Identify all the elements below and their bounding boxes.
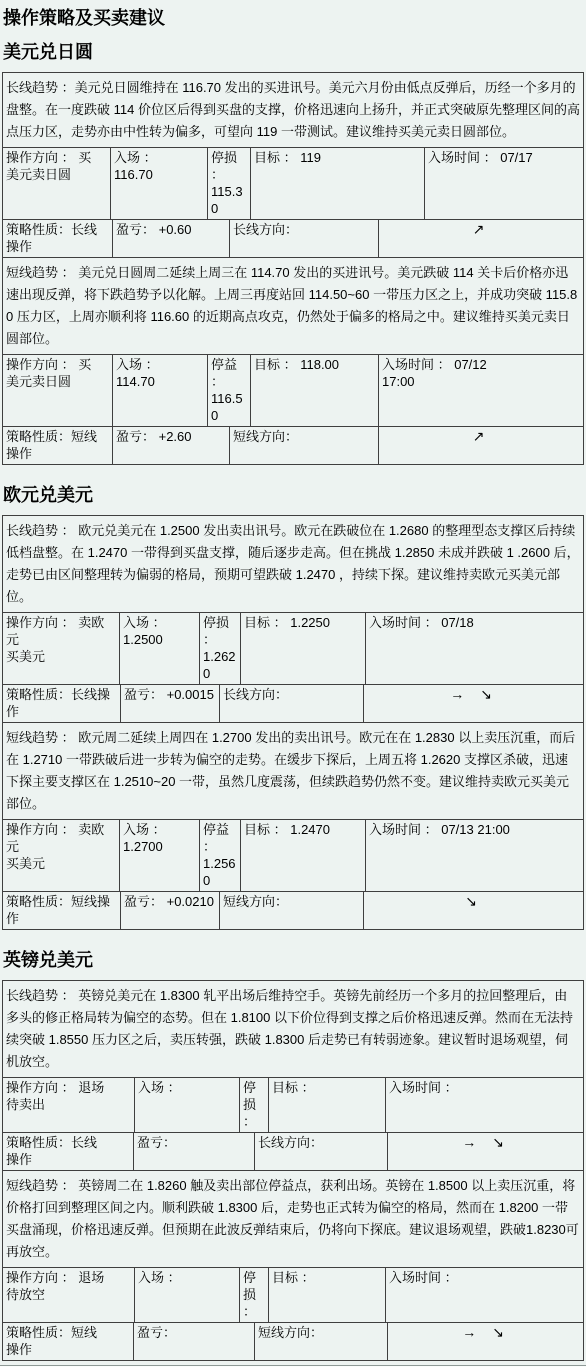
right-down-arrow-icon: → ↘ xyxy=(364,685,584,723)
pnl-cell: 盈亏： +2.60 xyxy=(113,427,230,465)
short-strategy-row: 策略性质：短线操 作 盈亏： +0.0210 短线方向： ↘ xyxy=(2,891,584,930)
entry-cell: 入场 ： xyxy=(135,1268,240,1323)
long-trade-row: 操作方向 ： 卖欧元 买美元 入场 ： 1.2500 停损 ： 1.2620 目… xyxy=(2,612,584,685)
entry-cell: 入场 ： xyxy=(135,1078,240,1133)
entry-time-cell: 入场时间 ： 07/18 xyxy=(366,613,584,685)
pnl-cell: 盈亏： +0.0210 xyxy=(121,892,220,930)
strategy-nature-cell: 策略性质：长线 操作 xyxy=(3,220,113,258)
short-strategy-row: 策略性质：短线 操作 盈亏： +2.60 短线方向： ↗ xyxy=(2,426,584,465)
target-cell: 目标 ： xyxy=(269,1078,386,1133)
page-title: 操作策略及买卖建议 xyxy=(3,8,584,29)
short-strategy-row: 策略性质：短线 操作 盈亏： 短线方向： → ↘ xyxy=(2,1322,584,1361)
direction-cell: 操作方向 ： 退场 待卖出 xyxy=(3,1078,135,1133)
short-trend-paragraph: 短线趋势 ： 英镑周二在 1.8260 触及卖出部位停益点，获利出场。英镑在 1… xyxy=(2,1170,584,1268)
direction-cell: 操作方向 ： 买 美元卖日圆 xyxy=(3,148,111,220)
target-cell: 目标 ： 1.2250 xyxy=(241,613,366,685)
entry-cell: 入场 ： 116.70 xyxy=(111,148,208,220)
long-trade-row: 操作方向 ： 退场 待卖出 入场 ： 停 损 ： 目标 ： 入场时间 ： xyxy=(2,1077,584,1133)
short-trade-row: 操作方向 ： 退场 待放空 入场 ： 停 损 ： 目标 ： 入场时间 ： xyxy=(2,1267,584,1323)
stop-cell: 停损 ： 115.30 xyxy=(208,148,251,220)
entry-cell: 入场 ： 114.70 xyxy=(113,355,208,427)
long-strategy-row: 策略性质：长线 操作 盈亏： 长线方向： → ↘ xyxy=(2,1132,584,1171)
right-down-arrow-icon: → ↘ xyxy=(388,1133,584,1171)
long-trend-paragraph: 长线趋势 ： 欧元兑美元在 1.2500 发出卖出讯号。欧元在跌破位在 1.26… xyxy=(2,515,584,613)
long-trend-paragraph: 长线趋势 ： 英镑兑美元在 1.8300 轧平出场后维持空手。英镑先前经历一个多… xyxy=(2,980,584,1078)
direction-label-cell: 长线方向： xyxy=(255,1133,388,1171)
target-cell: 目标 ： 118.00 xyxy=(251,355,379,427)
short-trend-paragraph: 短线趋势 ： 美元兑日圆周二延续上周三在 114.70 发出的买进讯号。美元跌破… xyxy=(2,257,584,355)
strategy-nature-cell: 策略性质：短线 操作 xyxy=(3,427,113,465)
entry-cell: 入场 ： 1.2700 xyxy=(120,820,200,892)
entry-time-cell: 入场时间 ： 07/12 17:00 xyxy=(379,355,584,427)
long-trade-row: 操作方向 ： 买 美元卖日圆 入场 ： 116.70 停损 ： 115.30 目… xyxy=(2,147,584,220)
entry-time-cell: 入场时间 ： xyxy=(386,1268,584,1323)
pnl-cell: 盈亏： xyxy=(134,1323,255,1361)
entry-cell: 入场 ： 1.2500 xyxy=(120,613,200,685)
entry-time-cell: 入场时间 ： 07/13 21:00 xyxy=(366,820,584,892)
up-right-arrow-icon: ↗ xyxy=(379,427,584,465)
short-trade-row: 操作方向 ： 买 美元卖日圆 入场 ： 114.70 停益 ： 116.50 目… xyxy=(2,354,584,427)
direction-cell: 操作方向 ： 退场 待放空 xyxy=(3,1268,135,1323)
strategy-nature-cell: 策略性质：短线 操作 xyxy=(3,1323,134,1361)
stop-cell: 停 损 ： xyxy=(240,1268,269,1323)
short-trend-paragraph: 短线趋势 ： 欧元周二延续上周四在 1.2700 发出的卖出讯号。欧元在在 1.… xyxy=(2,722,584,820)
entry-time-cell: 入场时间 ： xyxy=(386,1078,584,1133)
pnl-cell: 盈亏： xyxy=(134,1133,255,1171)
target-cell: 目标 ： 119 xyxy=(251,148,425,220)
up-right-arrow-icon: ↗ xyxy=(379,220,584,258)
right-down-arrow-icon: → ↘ xyxy=(388,1323,584,1361)
direction-label-cell: 长线方向： xyxy=(230,220,379,258)
direction-label-cell: 长线方向： xyxy=(220,685,364,723)
pnl-cell: 盈亏： +0.0015 xyxy=(121,685,220,723)
pnl-cell: 盈亏： +0.60 xyxy=(113,220,230,258)
direction-label-cell: 短线方向： xyxy=(220,892,364,930)
pair-heading-eurusd: 欧元兑美元 xyxy=(3,485,584,506)
target-cell: 目标 ： xyxy=(269,1268,386,1323)
direction-cell: 操作方向 ： 买 美元卖日圆 xyxy=(3,355,113,427)
strategy-nature-cell: 策略性质：短线操 作 xyxy=(3,892,121,930)
stop-cell: 停损 ： 1.2620 xyxy=(200,613,241,685)
down-right-arrow-icon: ↘ xyxy=(364,892,584,930)
stop-cell: 停益 ： 116.50 xyxy=(208,355,251,427)
long-strategy-row: 策略性质：长线 操作 盈亏： +0.60 长线方向： ↗ xyxy=(2,219,584,258)
pair-heading-usdjpy: 美元兑日圆 xyxy=(3,42,584,63)
long-strategy-row: 策略性质：长线操 作 盈亏： +0.0015 长线方向： → ↘ xyxy=(2,684,584,723)
direction-cell: 操作方向 ： 卖欧元 买美元 xyxy=(3,820,120,892)
entry-time-cell: 入场时间 ： 07/17 xyxy=(425,148,584,220)
direction-label-cell: 短线方向： xyxy=(255,1323,388,1361)
pair-heading-gbpusd: 英镑兑美元 xyxy=(3,950,584,971)
stop-cell: 停 损 ： xyxy=(240,1078,269,1133)
long-trend-paragraph: 长线趋势 ：美元兑日圆维持在 116.70 发出的买进讯号。美元六月份由低点反弹… xyxy=(2,72,584,148)
direction-label-cell: 短线方向： xyxy=(230,427,379,465)
strategy-nature-cell: 策略性质：长线 操作 xyxy=(3,1133,134,1171)
target-cell: 目标 ： 1.2470 xyxy=(241,820,366,892)
stop-cell: 停益 ： 1.2560 xyxy=(200,820,241,892)
short-trade-row: 操作方向 ： 卖欧元 买美元 入场 ： 1.2700 停益 ： 1.2560 目… xyxy=(2,819,584,892)
strategy-nature-cell: 策略性质：长线操 作 xyxy=(3,685,121,723)
direction-cell: 操作方向 ： 卖欧元 买美元 xyxy=(3,613,120,685)
